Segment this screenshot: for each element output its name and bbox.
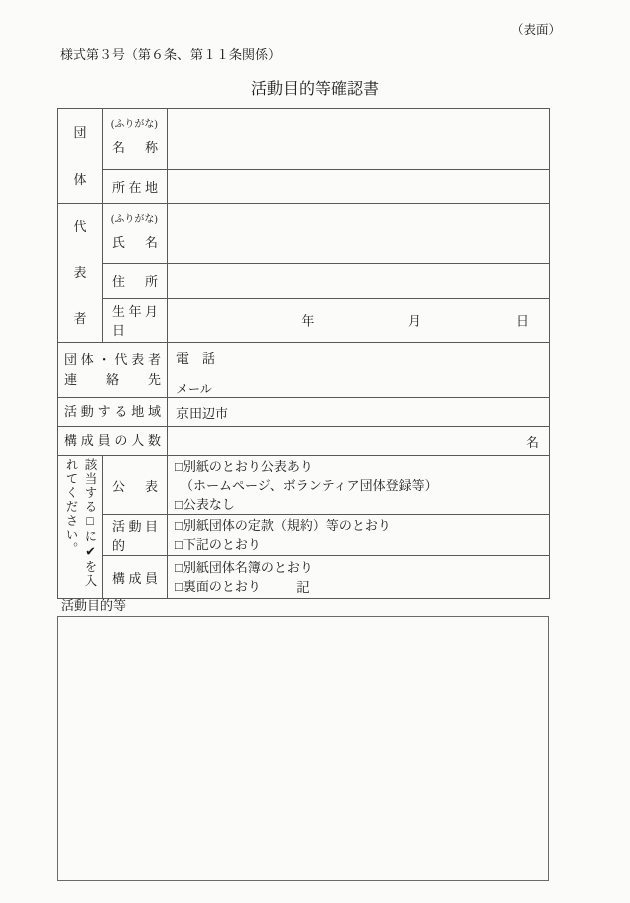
birth-month-label: 月 — [408, 311, 421, 330]
side-note: （表面） — [511, 20, 561, 38]
publication-header: 公表 — [103, 456, 168, 515]
members-count-header: 構成員の人数 — [58, 427, 168, 456]
row-org-address: 所在地 — [58, 170, 550, 204]
form-table: 団 体 (ふりがな) 名称 所在地 代 表 者 (ふりがな) — [57, 108, 550, 599]
rep-name-label: 氏名 — [112, 232, 158, 251]
activity-purpose-options: □別紙団体の定款（規約）等のとおり □下記のとおり — [168, 515, 550, 556]
rep-address-field — [168, 263, 550, 298]
activity-area-value: 京田辺市 — [168, 398, 550, 427]
rep-group-header: 代 表 者 — [58, 204, 103, 343]
purpose-section-label: 活動目的等 — [61, 595, 126, 614]
org-furigana-label: (ふりがな) — [111, 115, 167, 130]
publication-option-2-checkbox: □公表なし — [168, 495, 549, 514]
contact-phone-label: 電 話 — [176, 348, 549, 367]
members-option-1-checkbox: □別紙団体名簿のとおり — [168, 558, 549, 577]
purpose-option-2-checkbox: □下記のとおり — [168, 535, 549, 554]
rep-name-field — [168, 204, 550, 264]
row-members-count: 構成員の人数 名 — [58, 427, 550, 456]
publication-label: 公表 — [112, 476, 158, 495]
birth-year-label: 年 — [301, 311, 314, 330]
members-count-label: 構成員の人数 — [64, 431, 161, 451]
contact-field: 電 話 メール — [168, 343, 550, 398]
org-address-field — [168, 170, 550, 204]
birthdate-label: 生年月日 — [112, 301, 158, 339]
publication-option-1-note: （ホームページ、ボランティア団体登録等） — [168, 476, 549, 495]
rep-furigana-label: (ふりがな) — [111, 210, 167, 225]
birthdate-field: 年 月 日 — [168, 298, 550, 342]
rep-group-label: 代 表 者 — [58, 204, 102, 342]
org-group-header: 団 体 — [58, 109, 103, 204]
birth-day-label: 日 — [516, 311, 529, 330]
page-title: 活動目的等確認書 — [0, 76, 630, 99]
rep-address-label: 住所 — [112, 271, 158, 290]
birthdate-header: 生年月日 — [103, 298, 168, 342]
contact-label-line1: 団体・代表者 — [64, 350, 161, 370]
row-publication: 該当する□に✔を入 れてください。 公表 □別紙のとおり公表あり （ホームページ… — [58, 456, 550, 515]
rep-name-header: (ふりがな) 氏名 — [103, 204, 168, 264]
contact-label-line2: 連絡先 — [64, 370, 161, 390]
contact-mail-label: メール — [176, 380, 549, 397]
org-address-label: 所在地 — [112, 177, 158, 196]
row-activity-area: 活動する地域 京田辺市 — [58, 398, 550, 427]
contact-header: 団体・代表者 連絡先 — [58, 343, 168, 398]
activity-purpose-header: 活動目的 — [103, 515, 168, 556]
org-name-header: (ふりがな) 名称 — [103, 109, 168, 170]
publication-options: □別紙のとおり公表あり （ホームページ、ボランティア団体登録等） □公表なし — [168, 456, 550, 515]
activity-purpose-textbox — [57, 616, 549, 881]
activity-purpose-label: 活動目的 — [112, 516, 158, 554]
ki-heading: 記 — [57, 576, 549, 596]
row-contact: 団体・代表者 連絡先 電 話 メール — [58, 343, 550, 398]
publication-option-1-checkbox: □別紙のとおり公表あり — [168, 457, 549, 476]
members-count-field: 名 — [168, 427, 550, 456]
row-org-name: 団 体 (ふりがな) 名称 — [58, 109, 550, 170]
row-rep-address: 住所 — [58, 263, 550, 298]
org-name-field — [168, 109, 550, 170]
org-group-label: 団 体 — [58, 109, 102, 203]
row-activity-purpose: 活動目的 □別紙団体の定款（規約）等のとおり □下記のとおり — [58, 515, 550, 556]
row-birthdate: 生年月日 年 月 日 — [58, 298, 550, 342]
org-address-header: 所在地 — [103, 170, 168, 204]
form-page: （表面） 様式第３号（第６条、第１１条関係） 活動目的等確認書 団 体 (ふりが… — [0, 0, 630, 903]
form-number: 様式第３号（第６条、第１１条関係） — [60, 44, 281, 63]
row-rep-name: 代 表 者 (ふりがな) 氏名 — [58, 204, 550, 264]
activity-area-header: 活動する地域 — [58, 398, 168, 427]
activity-area-label: 活動する地域 — [64, 402, 161, 422]
purpose-option-1-checkbox: □別紙団体の定款（規約）等のとおり — [168, 516, 549, 535]
org-name-label: 名称 — [112, 137, 158, 156]
rep-address-header: 住所 — [103, 263, 168, 298]
